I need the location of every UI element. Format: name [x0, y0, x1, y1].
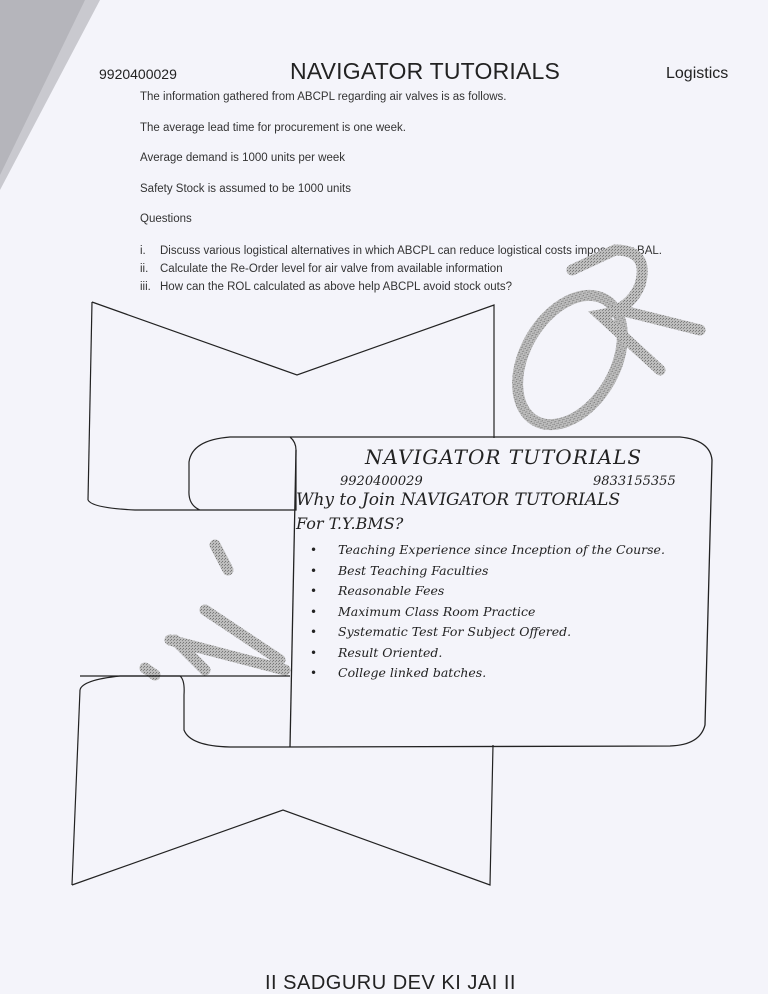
footer-text: II SADGURU DEV KI JAI II [265, 972, 516, 994]
bullet-item: Teaching Experience since Inception of t… [310, 540, 698, 561]
banner-phone-left: 9920400029 [340, 474, 423, 489]
banner-why-heading: Why to Join NAVIGATOR TUTORIALS [296, 490, 620, 510]
scanned-page: 9920400029 NAVIGATOR TUTORIALS Logistics… [0, 0, 768, 994]
bullet-item: Reasonable Fees [310, 581, 698, 602]
bullet-item: Maximum Class Room Practice [310, 602, 698, 623]
banner-title: NAVIGATOR TUTORIALS [365, 445, 642, 469]
bullet-item: Best Teaching Faculties [310, 561, 698, 582]
banner-for-line: For T.Y.BMS? [296, 514, 403, 533]
bullet-item: College linked batches. [310, 663, 698, 684]
banner-bullet-list: Teaching Experience since Inception of t… [310, 540, 698, 684]
bullet-item: Systematic Test For Subject Offered. [310, 622, 698, 643]
banner-phone-right: 9833155355 [593, 474, 676, 489]
bullet-item: Result Oriented. [310, 643, 698, 664]
